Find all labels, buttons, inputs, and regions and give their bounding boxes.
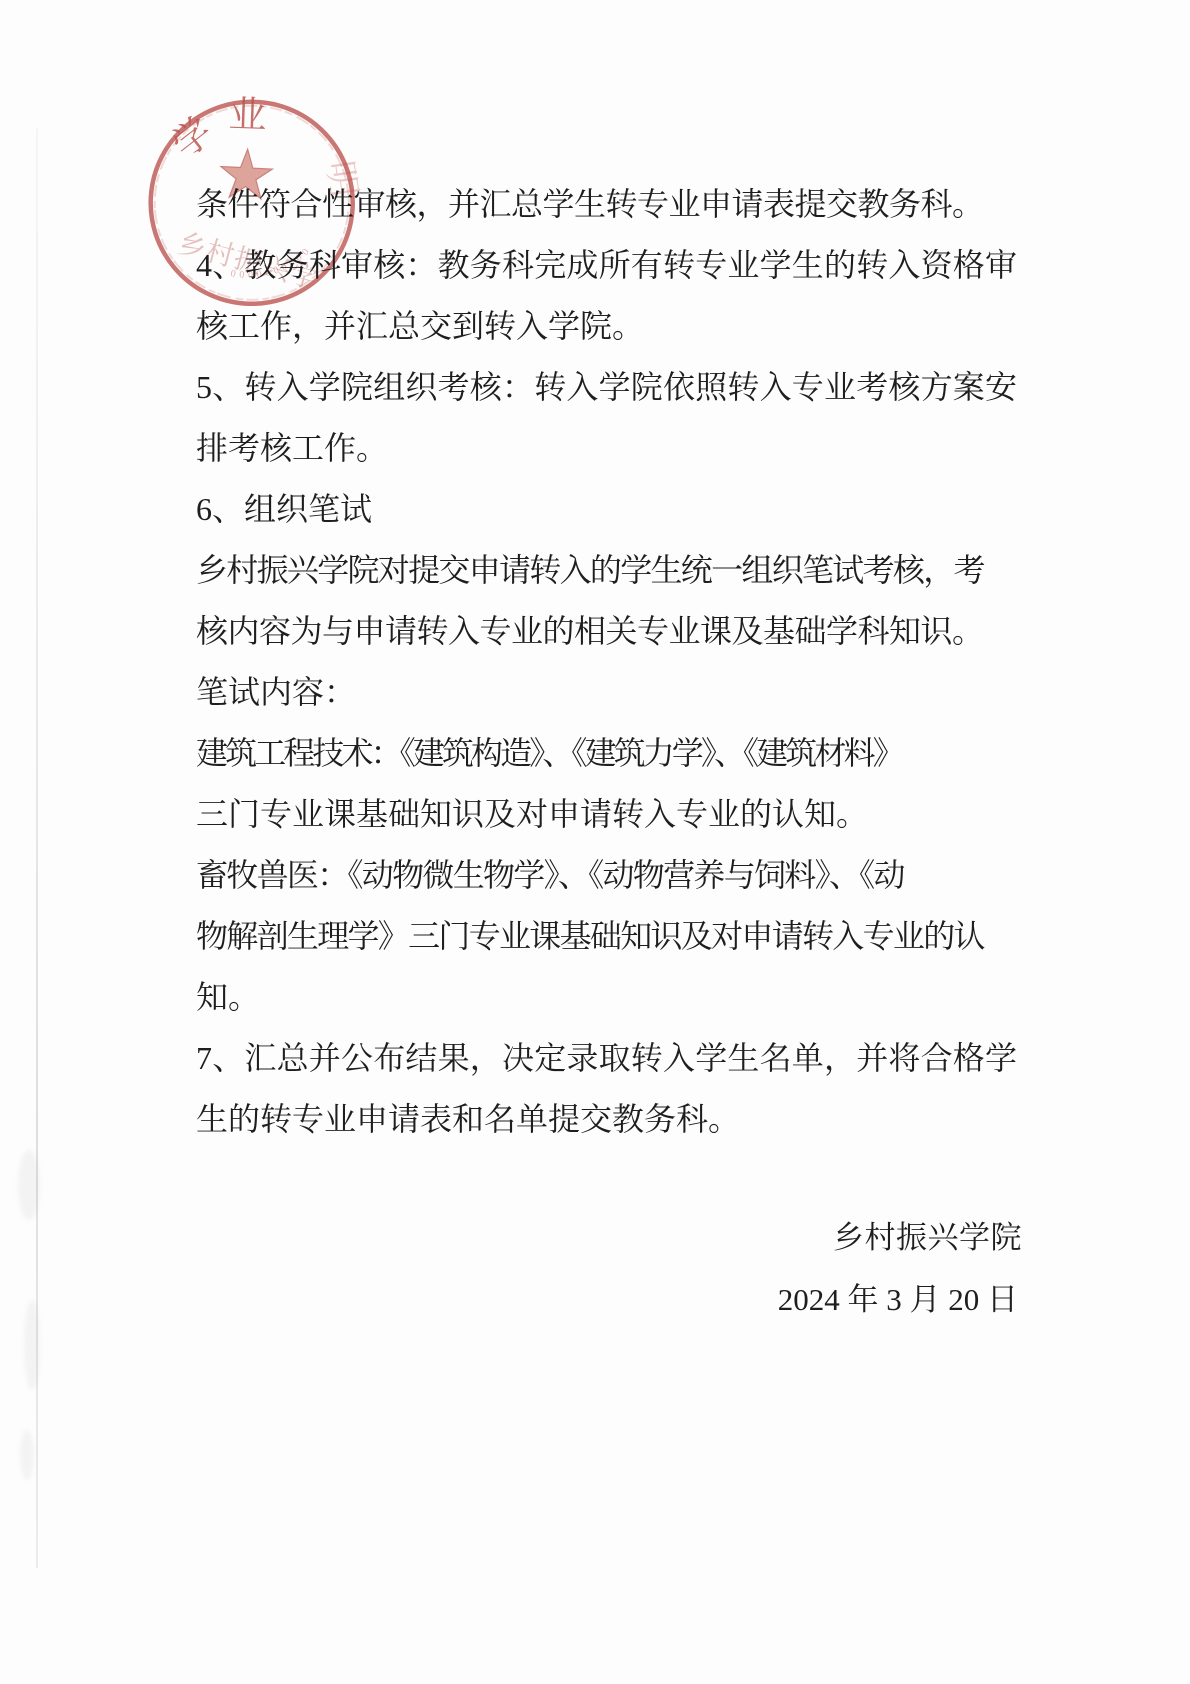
body-line: 7、汇总并公布结果，决定录取转入学生名单，并将合格学 xyxy=(196,1028,992,1089)
body-line: 5、转入学院组织考核：转入学院依照转入专业考核方案安 xyxy=(196,357,992,418)
signature-org: 乡村振兴学院 xyxy=(833,1212,1022,1257)
body-line: 畜牧兽医：《动物微生物学》、《动物营养与饲料》、《动 xyxy=(196,845,992,906)
body-line: 核内容为与申请转入专业的相关专业课及基础学科知识。 xyxy=(196,601,992,662)
body-line: 生的转专业申请表和名单提交教务科。 xyxy=(196,1089,992,1150)
body-line: 核工作，并汇总交到转入学院。 xyxy=(196,296,992,357)
body-line: 知。 xyxy=(196,967,992,1028)
seal-arc-text: 学业 xyxy=(159,79,293,171)
scan-fold-artifact xyxy=(36,128,38,1568)
body-line: 4、教务科审核：教务科完成所有转专业学生的转入资格审 xyxy=(196,235,992,296)
document-body: 条件符合性审核，并汇总学生转专业申请表提交教务科。 4、教务科审核：教务科完成所… xyxy=(196,174,992,1150)
body-line: 建筑工程技术：《建筑构造》、《建筑力学》、《建筑材料》 xyxy=(196,723,992,784)
scan-smudge xyxy=(20,1430,34,1480)
body-line: 笔试内容： xyxy=(196,662,992,723)
body-line: 排考核工作。 xyxy=(196,418,992,479)
scan-smudge xyxy=(18,1150,40,1220)
body-line: 乡村振兴学院对提交申请转入的学生统一组织笔试考核，考 xyxy=(196,540,992,601)
scan-smudge xyxy=(24,1300,40,1390)
body-line: 物解剖生理学》三门专业课基础知识及对申请转入专业的认 xyxy=(196,906,992,967)
scanned-document-page: 学业 明 乡村振兴学院 0000000000 条件符合性审核，并汇总学生转专业申… xyxy=(0,0,1190,1684)
body-line: 三门专业课基础知识及对申请转入专业的认知。 xyxy=(196,784,992,845)
body-line: 6、组织笔试 xyxy=(196,479,992,540)
signature-date: 2024 年 3 月 20 日 xyxy=(778,1274,1018,1319)
body-line: 条件符合性审核，并汇总学生转专业申请表提交教务科。 xyxy=(196,174,992,235)
